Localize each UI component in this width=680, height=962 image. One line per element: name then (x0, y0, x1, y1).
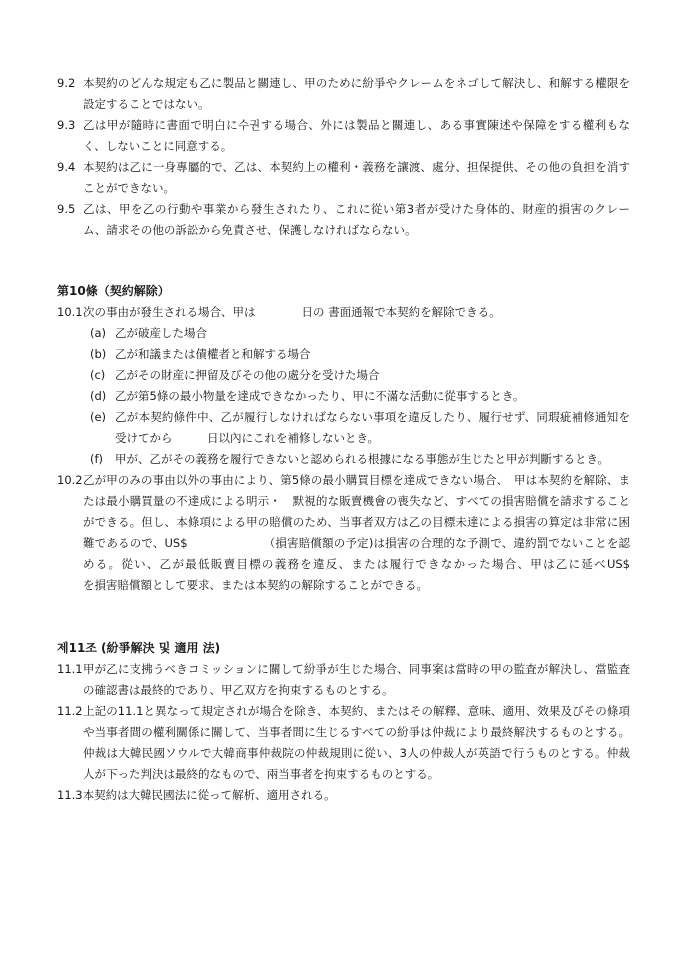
clause-number: 9.4 (57, 157, 83, 178)
subclause-text: 乙が本契約條件中、乙が履行しなければならない事項を違反したり、履行せず、同瑕疵補… (115, 407, 630, 449)
clause-item-9-2: 9.2 本契約のどんな規定も乙に製品と關連し、甲のために紛爭やクレームをネゴして… (57, 73, 630, 115)
clause-text: 本契約は乙に一身專屬的で、乙は、本契約上の權利・義務を讓渡、處分、担保提供、その… (83, 157, 630, 199)
clause-number: 9.3 (57, 115, 83, 136)
clause-text: 乙が甲のみの事由以外の事由により、第5條の最小購買目標を達成できない場合、 甲は… (83, 470, 630, 596)
clause-number: 11.1 (57, 659, 83, 680)
subclause-text: 乙が第5條の最小物量を達成できなかったり、甲に不滿な活動に從事するとき。 (115, 386, 630, 407)
subclause-text: 乙が和議または債權者と和解する場合 (115, 344, 630, 365)
clause-item-11-1: 11.1 甲が乙に支拂うべきコミッションに關して紛爭が生じた場合、同事案は當時の… (57, 659, 630, 701)
clause-text: 次の事由が發生される場合、甲は 日の 書面通報で本契約を解除できる。 (83, 302, 630, 323)
clause-text: 乙は甲が隨時に書面で明白に수권する場合、外には製品と關連し、ある事實陳述や保障を… (83, 115, 630, 157)
clause-item-10-2: 10.2 乙が甲のみの事由以外の事由により、第5條の最小購買目標を達成できない場… (57, 470, 630, 596)
clause-text: 本契約のどんな規定も乙に製品と關連し、甲のために紛爭やクレームをネゴして解決し、… (83, 73, 630, 115)
clause-item-9-5: 9.5 乙は、甲を乙の行動や事業から發生されたり、これに從い第3者が受けた身体的… (57, 199, 630, 241)
clause-number: 10.2 (57, 470, 83, 491)
clause-number: 11.2 (57, 701, 83, 722)
subclause-number: (e) (90, 407, 115, 428)
subclause-number: (c) (90, 365, 115, 386)
subclause-item-a: (a) 乙が破産した場合 (90, 323, 630, 344)
clause-text: 本契約は大韓民國法に從って解析、適用される。 (83, 785, 630, 806)
clause-number: 10.1 (57, 302, 83, 323)
clause-number: 9.2 (57, 73, 83, 94)
subclause-item-b: (b) 乙が和議または債權者と和解する場合 (90, 344, 630, 365)
clause-item-11-3: 11.3 本契約は大韓民國法に從って解析、適用される。 (57, 785, 630, 806)
subclause-item-f: (f) 甲が、乙がその義務を履行できないと認められる根據になる事態が生じたと甲が… (90, 449, 630, 470)
clause-number: 11.3 (57, 785, 83, 806)
subclause-item-d: (d) 乙が第5條の最小物量を達成できなかったり、甲に不滿な活動に從事するとき。 (90, 386, 630, 407)
subclause-number: (d) (90, 386, 115, 407)
subclause-text: 甲が、乙がその義務を履行できないと認められる根據になる事態が生じたと甲が判斷する… (115, 449, 630, 470)
section-gap (57, 596, 630, 638)
clause-text: 甲が乙に支拂うべきコミッションに關して紛爭が生じた場合、同事案は當時の甲の監査が… (83, 659, 630, 701)
subclause-item-e: (e) 乙が本契約條件中、乙が履行しなければならない事項を違反したり、履行せず、… (90, 407, 630, 449)
clause-text: 乙は、甲を乙の行動や事業から發生されたり、これに從い第3者が受けた身体的、財産的… (83, 199, 630, 241)
subclause-number: (b) (90, 344, 115, 365)
clause-item-11-2: 11.2 上記の11.1と異なって規定されが場合を除き、本契約、またはその解釋、… (57, 701, 630, 785)
section-10-heading: 第10條（契約解除） (57, 281, 630, 302)
section-11-heading: 제11조 (紛爭解決 및 適用 法) (57, 638, 630, 659)
subclause-number: (f) (90, 449, 115, 470)
subclause-text: 乙がその財産に押留及びその他の處分を受けた場合 (115, 365, 630, 386)
subclause-text: 乙が破産した場合 (115, 323, 630, 344)
clause-text: 上記の11.1と異なって規定されが場合を除き、本契約、またはその解釋、意味、適用… (83, 701, 630, 785)
clause-item-9-3: 9.3 乙は甲が隨時に書面で明白に수권する場合、外には製品と關連し、ある事實陳述… (57, 115, 630, 157)
section-gap (57, 241, 630, 281)
clause-item-10-1: 10.1 次の事由が發生される場合、甲は 日の 書面通報で本契約を解除できる。 (57, 302, 630, 323)
clause-number: 9.5 (57, 199, 83, 220)
subclause-number: (a) (90, 323, 115, 344)
contract-document-page: 9.2 本契約のどんな規定も乙に製品と關連し、甲のために紛爭やクレームをネゴして… (0, 0, 680, 962)
clause-item-9-4: 9.4 本契約は乙に一身專屬的で、乙は、本契約上の權利・義務を讓渡、處分、担保提… (57, 157, 630, 199)
subclause-item-c: (c) 乙がその財産に押留及びその他の處分を受けた場合 (90, 365, 630, 386)
